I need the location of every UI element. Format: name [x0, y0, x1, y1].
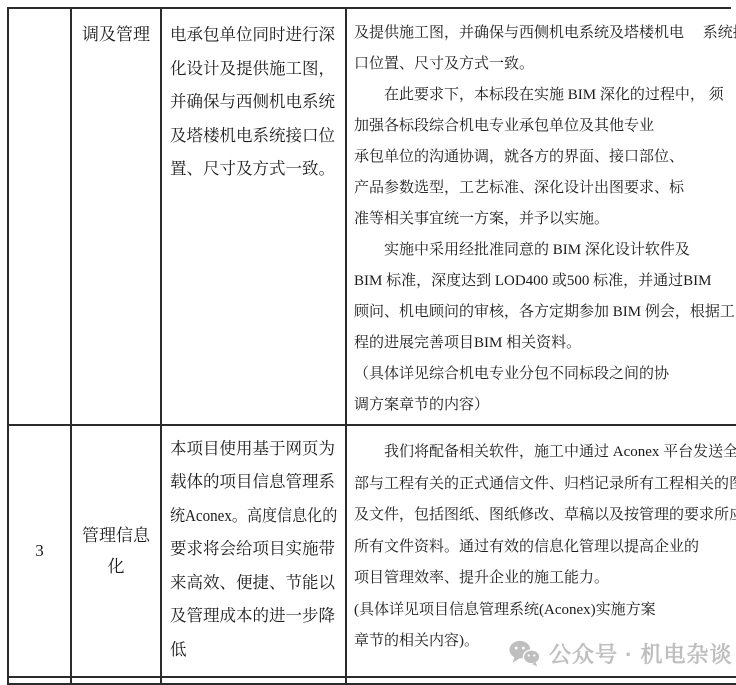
watermark-label: 公众号 · 机电杂谈	[549, 638, 733, 669]
serial-cell-row1	[9, 9, 72, 426]
text-line: 顾问、机电顾问的审核，各方定期参加 BIM 例会，根据工	[354, 297, 736, 328]
category-text: 管理信息化	[78, 520, 154, 582]
text-line: 承包单位的沟通协调，就各方的界面、接口部位、	[354, 142, 736, 173]
text-line: 在此要求下，本标段在实施 BIM 深化的过程中， 须	[354, 80, 736, 111]
text-line: 程的进展完善项目BIM 相关资料。	[354, 328, 736, 359]
wechat-icon	[509, 640, 540, 667]
text-line: 管理信息	[78, 520, 154, 551]
requirement-cell-row1: 电承包单位同时进行深化设计及提供施工图，并确保与西侧机电系统及塔楼机电系统接口位…	[162, 9, 347, 426]
text-line: 及管理成本的进一步降	[170, 599, 337, 633]
requirement-cell-row2: 本项目使用基于网页为载体的项目信息管理系统Aconex。高度信息化的要求将会给项…	[162, 426, 347, 678]
text-line: 来高效、便捷、节能以	[170, 566, 337, 600]
text-line: 低	[170, 633, 337, 667]
text-line: 调及管理	[78, 19, 154, 50]
text-line: 本项目使用基于网页为	[170, 432, 337, 466]
text-line: 部与工程有关的正式通信文件、归档记录所有工程相关的图纸以	[354, 469, 736, 501]
category-cell-row3	[72, 678, 162, 685]
text-line: 及提供施工图，并确保与西侧机电系统及塔楼机电 系统接	[354, 18, 736, 49]
text-line: 及文件，包括图纸、图纸修改、草稿以及按管理的要求所应提供的	[354, 500, 736, 532]
text-line: 载体的项目信息管理系	[170, 465, 337, 499]
text-line: BIM 标准，深度达到 LOD400 或500 标准，并通过BIM	[354, 266, 736, 297]
text-line: 我们将配备相关软件，施工中通过 Aconex 平台发送全	[354, 437, 736, 469]
text-line: 置、尺寸及方式一致。	[170, 152, 337, 186]
text-line: 及塔楼机电系统接口位	[170, 119, 337, 153]
text-line: (具体详见项目信息管理系统(Aconex)实施方案	[354, 595, 736, 627]
text-line: 项目管理效率、提升企业的施工能力。	[354, 563, 736, 595]
text-line: 调方案章节的内容）	[354, 390, 736, 421]
text-line: 所有文件资料。通过有效的信息化管理以提高企业的	[354, 532, 736, 564]
text-line: （具体详见综合机电专业分包不同标段之间的协	[354, 359, 736, 390]
serial-number: 3	[35, 541, 44, 561]
serial-cell-row2: 3	[9, 426, 72, 678]
requirement-cell-row3	[162, 678, 347, 685]
text-line: 化	[78, 551, 154, 582]
category-text: 调及管理	[78, 19, 154, 50]
text-line: 化设计及提供施工图，	[170, 52, 337, 86]
text-line: 口位置、尺寸及方式一致。	[354, 49, 736, 80]
text-line: 产品参数选型，工艺标准、深化设计出图要求、标	[354, 173, 736, 204]
text-line: 准等相关事宜统一方案，并予以实施。	[354, 204, 736, 235]
document-page: 调及管理 电承包单位同时进行深化设计及提供施工图，并确保与西侧机电系统及塔楼机电…	[0, 0, 736, 685]
response-cell-row1: 及提供施工图，并确保与西侧机电系统及塔楼机电 系统接口位置、尺寸及方式一致。 在…	[347, 9, 736, 426]
response-cell-row3	[347, 678, 736, 685]
document-table: 调及管理 电承包单位同时进行深化设计及提供施工图，并确保与西侧机电系统及塔楼机电…	[7, 7, 731, 685]
serial-cell-row3	[9, 678, 72, 685]
text-line: 要求将会给项目实施带	[170, 532, 337, 566]
text-line: 并确保与西侧机电系统	[170, 85, 337, 119]
category-cell-row1: 调及管理	[72, 9, 162, 426]
watermark: 公众号 · 机电杂谈	[509, 637, 733, 669]
text-line: 电承包单位同时进行深	[170, 18, 337, 52]
text-line: 统Aconex。高度信息化的	[170, 499, 322, 533]
category-cell-row2: 管理信息化	[72, 426, 162, 678]
text-line: 加强各标段综合机电专业承包单位及其他专业	[354, 111, 736, 142]
text-line: 实施中采用经批准同意的 BIM 深化设计软件及	[354, 235, 736, 266]
